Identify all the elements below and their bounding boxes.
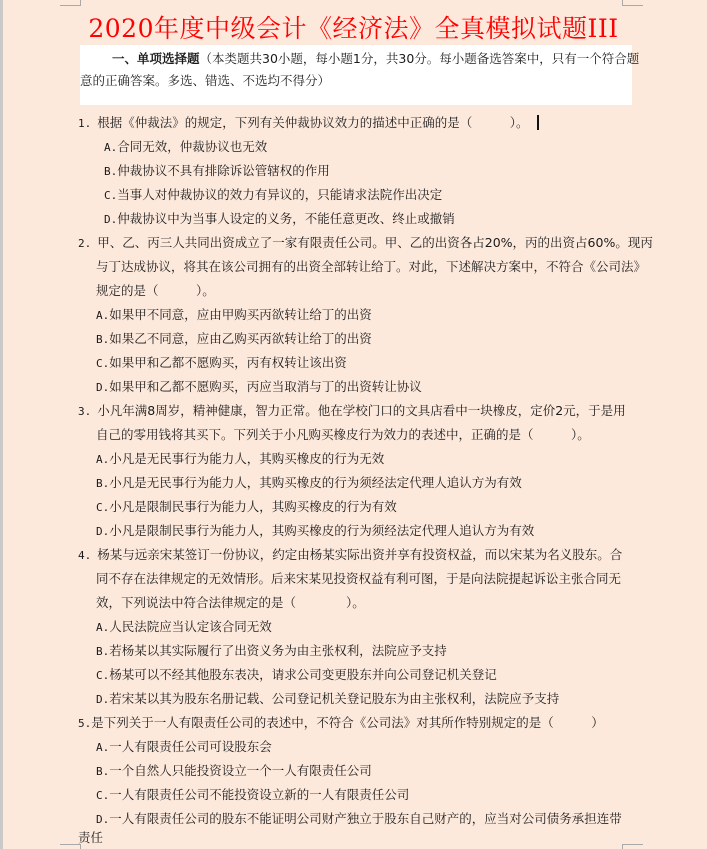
question-3-stem-line1: 3.小凡年满8周岁，精神健康，智力正常。他在学校门口的文具店看中一块橡皮，定价2… [78, 401, 626, 419]
question-2-option-c: C.如果甲和乙都不愿购买，丙有权转让该出资 [96, 353, 347, 371]
question-1-option-c: C.当事人对仲裁协议的效力有异议的，只能请求法院作出决定 [104, 185, 442, 203]
question-1-option-d: D.仲裁协议中为当事人设定的义务，不能任意更改、终止或撤销 [104, 209, 455, 227]
question-4-option-b: B.若杨某以其实际履行了出资义务为由主张权利，法院应予支持 [96, 641, 447, 659]
question-2-stem-line2: 与丁达成协议，将其在该公司拥有的出资全部转让给丁。对此，下述解决方案中，不符合《… [96, 257, 646, 275]
question-2-option-a: A.如果甲不同意，应由甲购买丙欲转让给丁的出资 [96, 305, 372, 323]
window-left-edge [0, 0, 3, 849]
question-5-option-a: A.一人有限责任公司可设股东会 [96, 737, 272, 755]
question-5-option-b: B.一个自然人只能投资设立一个一人有限责任公司 [96, 761, 372, 779]
question-3-option-b: B.小凡是无民事行为能力人，其购买橡皮的行为须经法定代理人追认方为有效 [96, 473, 522, 491]
question-3-option-d: D.小凡是限制民事行为能力人，其购买橡皮的行为须经法定代理人追认方为有效 [96, 521, 534, 539]
text-cursor [537, 115, 539, 130]
crop-mark-top-left [60, 0, 81, 6]
question-1-option-b: B.仲裁协议不具有排除诉讼管辖权的作用 [104, 161, 330, 179]
question-5-option-d-continuation: 责任 [78, 828, 103, 846]
question-1-stem[interactable]: 1.根据《仲裁法》的规定，下列有关仲裁协议效力的描述中正确的是（ ）。 [78, 113, 539, 131]
question-4-stem-line3: 效，下列说法中符合法律规定的是（ ）。 [96, 593, 365, 611]
section-heading: 一、单项选择题 [112, 51, 200, 66]
question-5-option-d: D.一人有限责任公司的股东不能证明公司财产独立于股东自己财产的，应当对公司债务承… [96, 809, 622, 827]
question-4-stem-line1: 4.杨某与远亲宋某签订一份协议，约定由杨某实际出资并享有投资权益，而以宋某为名义… [78, 545, 622, 563]
section-instructions-line2: 意的正确答案。多选、错选、不选均不得分） [80, 70, 632, 92]
question-4-option-a: A.人民法院应当认定该合同无效 [96, 617, 272, 635]
question-1-option-a: A.合同无效，仲裁协议也无效 [104, 137, 267, 155]
question-2-stem-line1: 2.甲、乙、丙三人共同出资成立了一家有限责任公司。甲、乙的出资各占20%，丙的出… [78, 233, 653, 251]
section-instructions: 一、单项选择题（本类题共30小题，每小题1分，共30分。每小题备选答案中，只有一… [80, 45, 632, 105]
question-4-option-d: D.若宋某以其为股东名册记载、公司登记机关登记股东为由主张权利，法院应予支持 [96, 689, 559, 707]
document-title: 2020年度中级会计《经济法》全真模拟试题III [0, 9, 707, 45]
question-4-stem-line2: 同不存在法律规定的无效情形。后来宋某见投资权益有利可图，于是向法院提起诉讼主张合… [96, 569, 621, 587]
crop-mark-bottom-right [622, 844, 643, 849]
section-instructions-line1: （本类题共30小题，每小题1分，共30分。每小题备选答案中，只有一个符合题 [200, 51, 640, 66]
question-5-option-c: C.一人有限责任公司不能投资设立新的一人有限责任公司 [96, 785, 409, 803]
question-3-option-c: C.小凡是限制民事行为能力人，其购买橡皮的行为有效 [96, 497, 397, 515]
question-2-stem-line3: 规定的是（ ）。 [96, 281, 215, 299]
question-4-option-c: C.杨某可以不经其他股东表决，请求公司变更股东并向公司登记机关登记 [96, 665, 497, 683]
crop-mark-top-right [622, 0, 643, 6]
question-3-option-a: A.小凡是无民事行为能力人，其购买橡皮的行为无效 [96, 449, 384, 467]
question-5-stem: 5.是下列关于一人有限责任公司的表述中，不符合《公司法》对其所作特别规定的是（ … [78, 713, 604, 731]
question-2-option-b: B.如果乙不同意，应由乙购买丙欲转让给丁的出资 [96, 329, 372, 347]
question-3-stem-line2: 自己的零用钱将其买下。下列关于小凡购买橡皮行为效力的表述中，正确的是（ ）。 [96, 425, 590, 443]
question-2-option-d: D.如果甲和乙都不愿购买，丙应当取消与丁的出资转让协议 [96, 377, 422, 395]
